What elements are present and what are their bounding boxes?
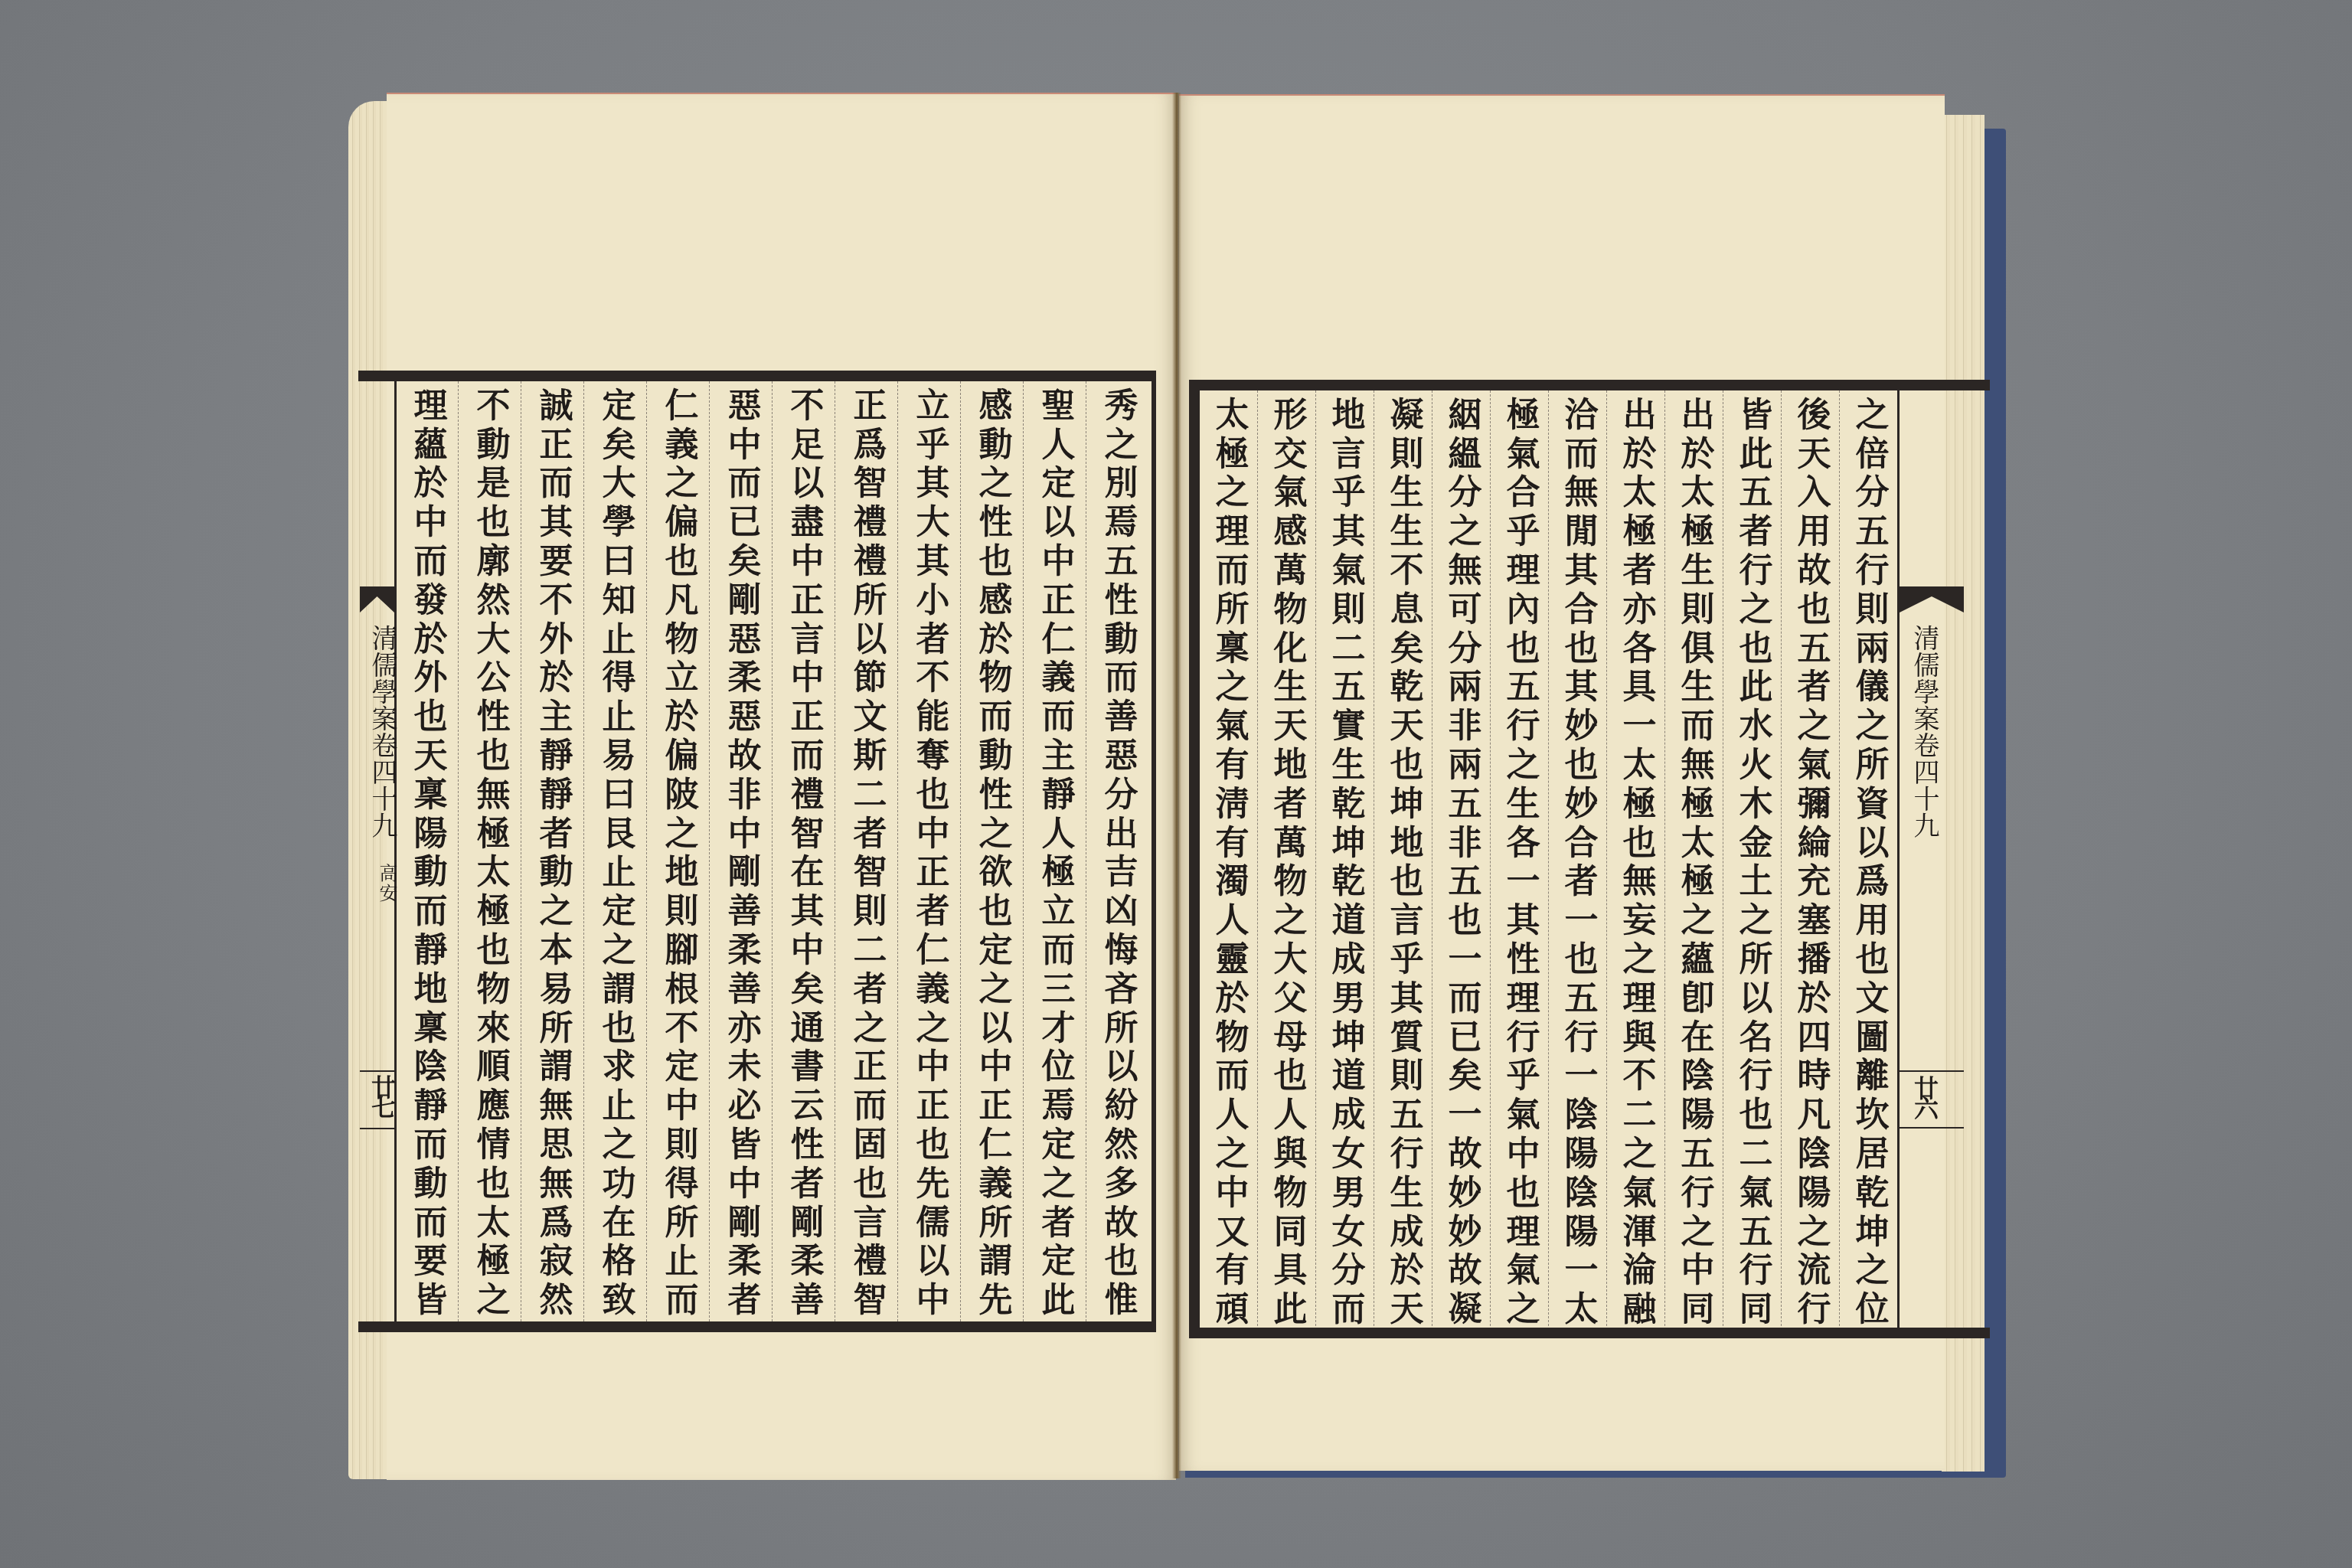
- book-title-label: 清儒學案卷四十九: [1906, 625, 1943, 839]
- text-column: 極氣合乎理內也五行之生各一其性理行乎氣中也理氣之: [1490, 390, 1548, 1326]
- fishtail-mark-icon: [360, 586, 394, 612]
- text-column: 感動之性也感於物而動性之欲也定之以中正仁義所謂先: [960, 381, 1023, 1321]
- column-text: 聖人定以中正仁義而主靜人極立而三才位焉定之者定此: [1031, 381, 1080, 1321]
- leaf-number: 廿六: [1907, 1076, 1942, 1116]
- text-column: 皆此五者行之也此水火木金土之所以名行也二氣五行同: [1723, 390, 1781, 1326]
- column-text: 地言乎其氣則二五實生乾坤乾道成男坤道成女男女分而: [1321, 390, 1370, 1330]
- column-text: 出於太極生則俱生而無極太極之蘊卽在陰陽五行之中同: [1670, 390, 1719, 1330]
- column-text: 之倍分五行則兩儀之所資以爲用也文圖離坎居乾坤之位: [1844, 390, 1893, 1330]
- right-page-text-block: 之倍分五行則兩儀之所資以爲用也文圖離坎居乾坤之位 後天入用故也五者之氣彌綸充塞播…: [1200, 390, 1897, 1326]
- text-column: 理蘊於中而發於外也天稟陽動而靜地稟陰靜而動而要皆: [396, 381, 458, 1321]
- column-text: 理蘊於中而發於外也天稟陽動而靜地稟陰靜而動而要皆: [403, 381, 452, 1321]
- leaf-number-rule: [360, 1128, 394, 1129]
- column-text: 出於太極者亦各具一太極也無妄之理與不二之氣渾淪融: [1612, 390, 1661, 1330]
- column-text: 凝則生生不息矣乾天也坤地也言乎其質則五行生成於天: [1379, 390, 1428, 1330]
- column-text: 仁義之偏也凡物立於偏陂之地則腳根不定中則得所止而: [654, 381, 703, 1321]
- column-text: 立乎其大其小者不能奪也中正者仁義之中正也先儒以中: [905, 381, 954, 1321]
- column-text: 定矣大學曰知止得止易曰艮止定之謂也求止之功在格致: [591, 381, 640, 1321]
- column-text: 極氣合乎理內也五行之生各一其性理行乎氣中也理氣之: [1495, 390, 1544, 1330]
- text-column: 惡中而已矣剛惡柔惡故非中剛善柔善亦未必皆中剛柔者: [709, 381, 772, 1321]
- text-column: 凝則生生不息矣乾天也坤地也言乎其質則五行生成於天: [1374, 390, 1432, 1326]
- column-text: 洽而無閒其合也其妙也妙合者一也五行一陰陽陰陽一太: [1553, 390, 1602, 1330]
- leaf-number-rule: [1900, 1127, 1964, 1129]
- column-text: 絪縕分之無可分兩非兩五非五也一而已矣一故妙妙故凝: [1437, 390, 1486, 1330]
- fishtail-mark-icon: [1900, 586, 1964, 612]
- column-text: 誠正而其要不外於主靜靜者動之本易所謂無思無爲寂然: [528, 381, 577, 1321]
- text-column: 仁義之偏也凡物立於偏陂之地則腳根不定中則得所止而: [646, 381, 709, 1321]
- leaf-number-rule: [360, 1070, 394, 1072]
- text-column: 誠正而其要不外於主靜靜者動之本易所謂無思無爲寂然: [521, 381, 583, 1321]
- text-column: 太極之理而所稟之氣有淸有濁人靈於物而人之中又有頑: [1200, 390, 1257, 1326]
- column-text: 不動是也廓然大公性也無極太極也物來順應情也太極之: [465, 381, 514, 1321]
- column-text: 太極之理而所稟之氣有淸有濁人靈於物而人之中又有頑: [1204, 390, 1253, 1330]
- column-text: 秀之別焉五性動而善惡分出吉凶悔吝所以紛然多故也惟: [1093, 381, 1142, 1321]
- text-column: 洽而無閒其合也其妙也妙合者一也五行一陰陽陰陽一太: [1548, 390, 1606, 1326]
- text-column: 立乎其大其小者不能奪也中正者仁義之中正也先儒以中: [897, 381, 960, 1321]
- text-column: 定矣大學曰知止得止易曰艮止定之謂也求止之功在格致: [583, 381, 646, 1321]
- text-column: 聖人定以中正仁義而主靜人極立而三才位焉定之者定此: [1023, 381, 1086, 1321]
- column-text: 惡中而已矣剛惡柔惡故非中剛善柔善亦未必皆中剛柔者: [717, 381, 766, 1321]
- column-text: 後天入用故也五者之氣彌綸充塞播於四時凡陰陽之流行: [1786, 390, 1835, 1330]
- left-page-banxin: 清儒學案卷四十九 高安 廿七: [360, 381, 397, 1321]
- column-text: 感動之性也感於物而動性之欲也定之以中正仁義所謂先: [968, 381, 1017, 1321]
- text-column: 不動是也廓然大公性也無極太極也物來順應情也太極之: [458, 381, 521, 1321]
- text-column: 秀之別焉五性動而善惡分出吉凶悔吝所以紛然多故也惟: [1086, 381, 1148, 1321]
- column-text: 形交氣感萬物化生天地者萬物之大父母也人與物同具此: [1263, 390, 1312, 1330]
- text-column: 之倍分五行則兩儀之所資以爲用也文圖離坎居乾坤之位: [1839, 390, 1897, 1326]
- text-column: 地言乎其氣則二五實生乾坤乾道成男坤道成女男女分而: [1315, 390, 1374, 1326]
- book-gutter: [1172, 93, 1181, 1478]
- leaf-number: 廿七: [364, 1075, 400, 1115]
- column-text: 皆此五者行之也此水火木金土之所以名行也二氣五行同: [1728, 390, 1777, 1330]
- right-page-banxin: 清儒學案卷四十九 廿六: [1897, 390, 1964, 1328]
- text-column: 出於太極者亦各具一太極也無妄之理與不二之氣渾淪融: [1606, 390, 1664, 1326]
- column-text: 正爲智禮禮所以節文斯二者智則二者之正而固也言禮智: [842, 381, 891, 1321]
- text-column: 絪縕分之無可分兩非兩五非五也一而已矣一故妙妙故凝: [1432, 390, 1490, 1326]
- column-text: 不足以盡中正言中正而禮智在其中矣通書云性者剛柔善: [779, 381, 828, 1321]
- text-column: 形交氣感萬物化生天地者萬物之大父母也人與物同具此: [1257, 390, 1315, 1326]
- leaf-number-rule: [1900, 1070, 1964, 1072]
- text-column: 正爲智禮禮所以節文斯二者智則二者之正而固也言禮智: [835, 381, 897, 1321]
- text-column: 不足以盡中正言中正而禮智在其中矣通書云性者剛柔善: [772, 381, 835, 1321]
- text-column: 出於太極生則俱生而無極太極之蘊卽在陰陽五行之中同: [1664, 390, 1723, 1326]
- left-page-text-block: 秀之別焉五性動而善惡分出吉凶悔吝所以紛然多故也惟 聖人定以中正仁義而主靜人極立而…: [396, 381, 1148, 1321]
- text-column: 後天入用故也五者之氣彌綸充塞播於四時凡陰陽之流行: [1781, 390, 1839, 1326]
